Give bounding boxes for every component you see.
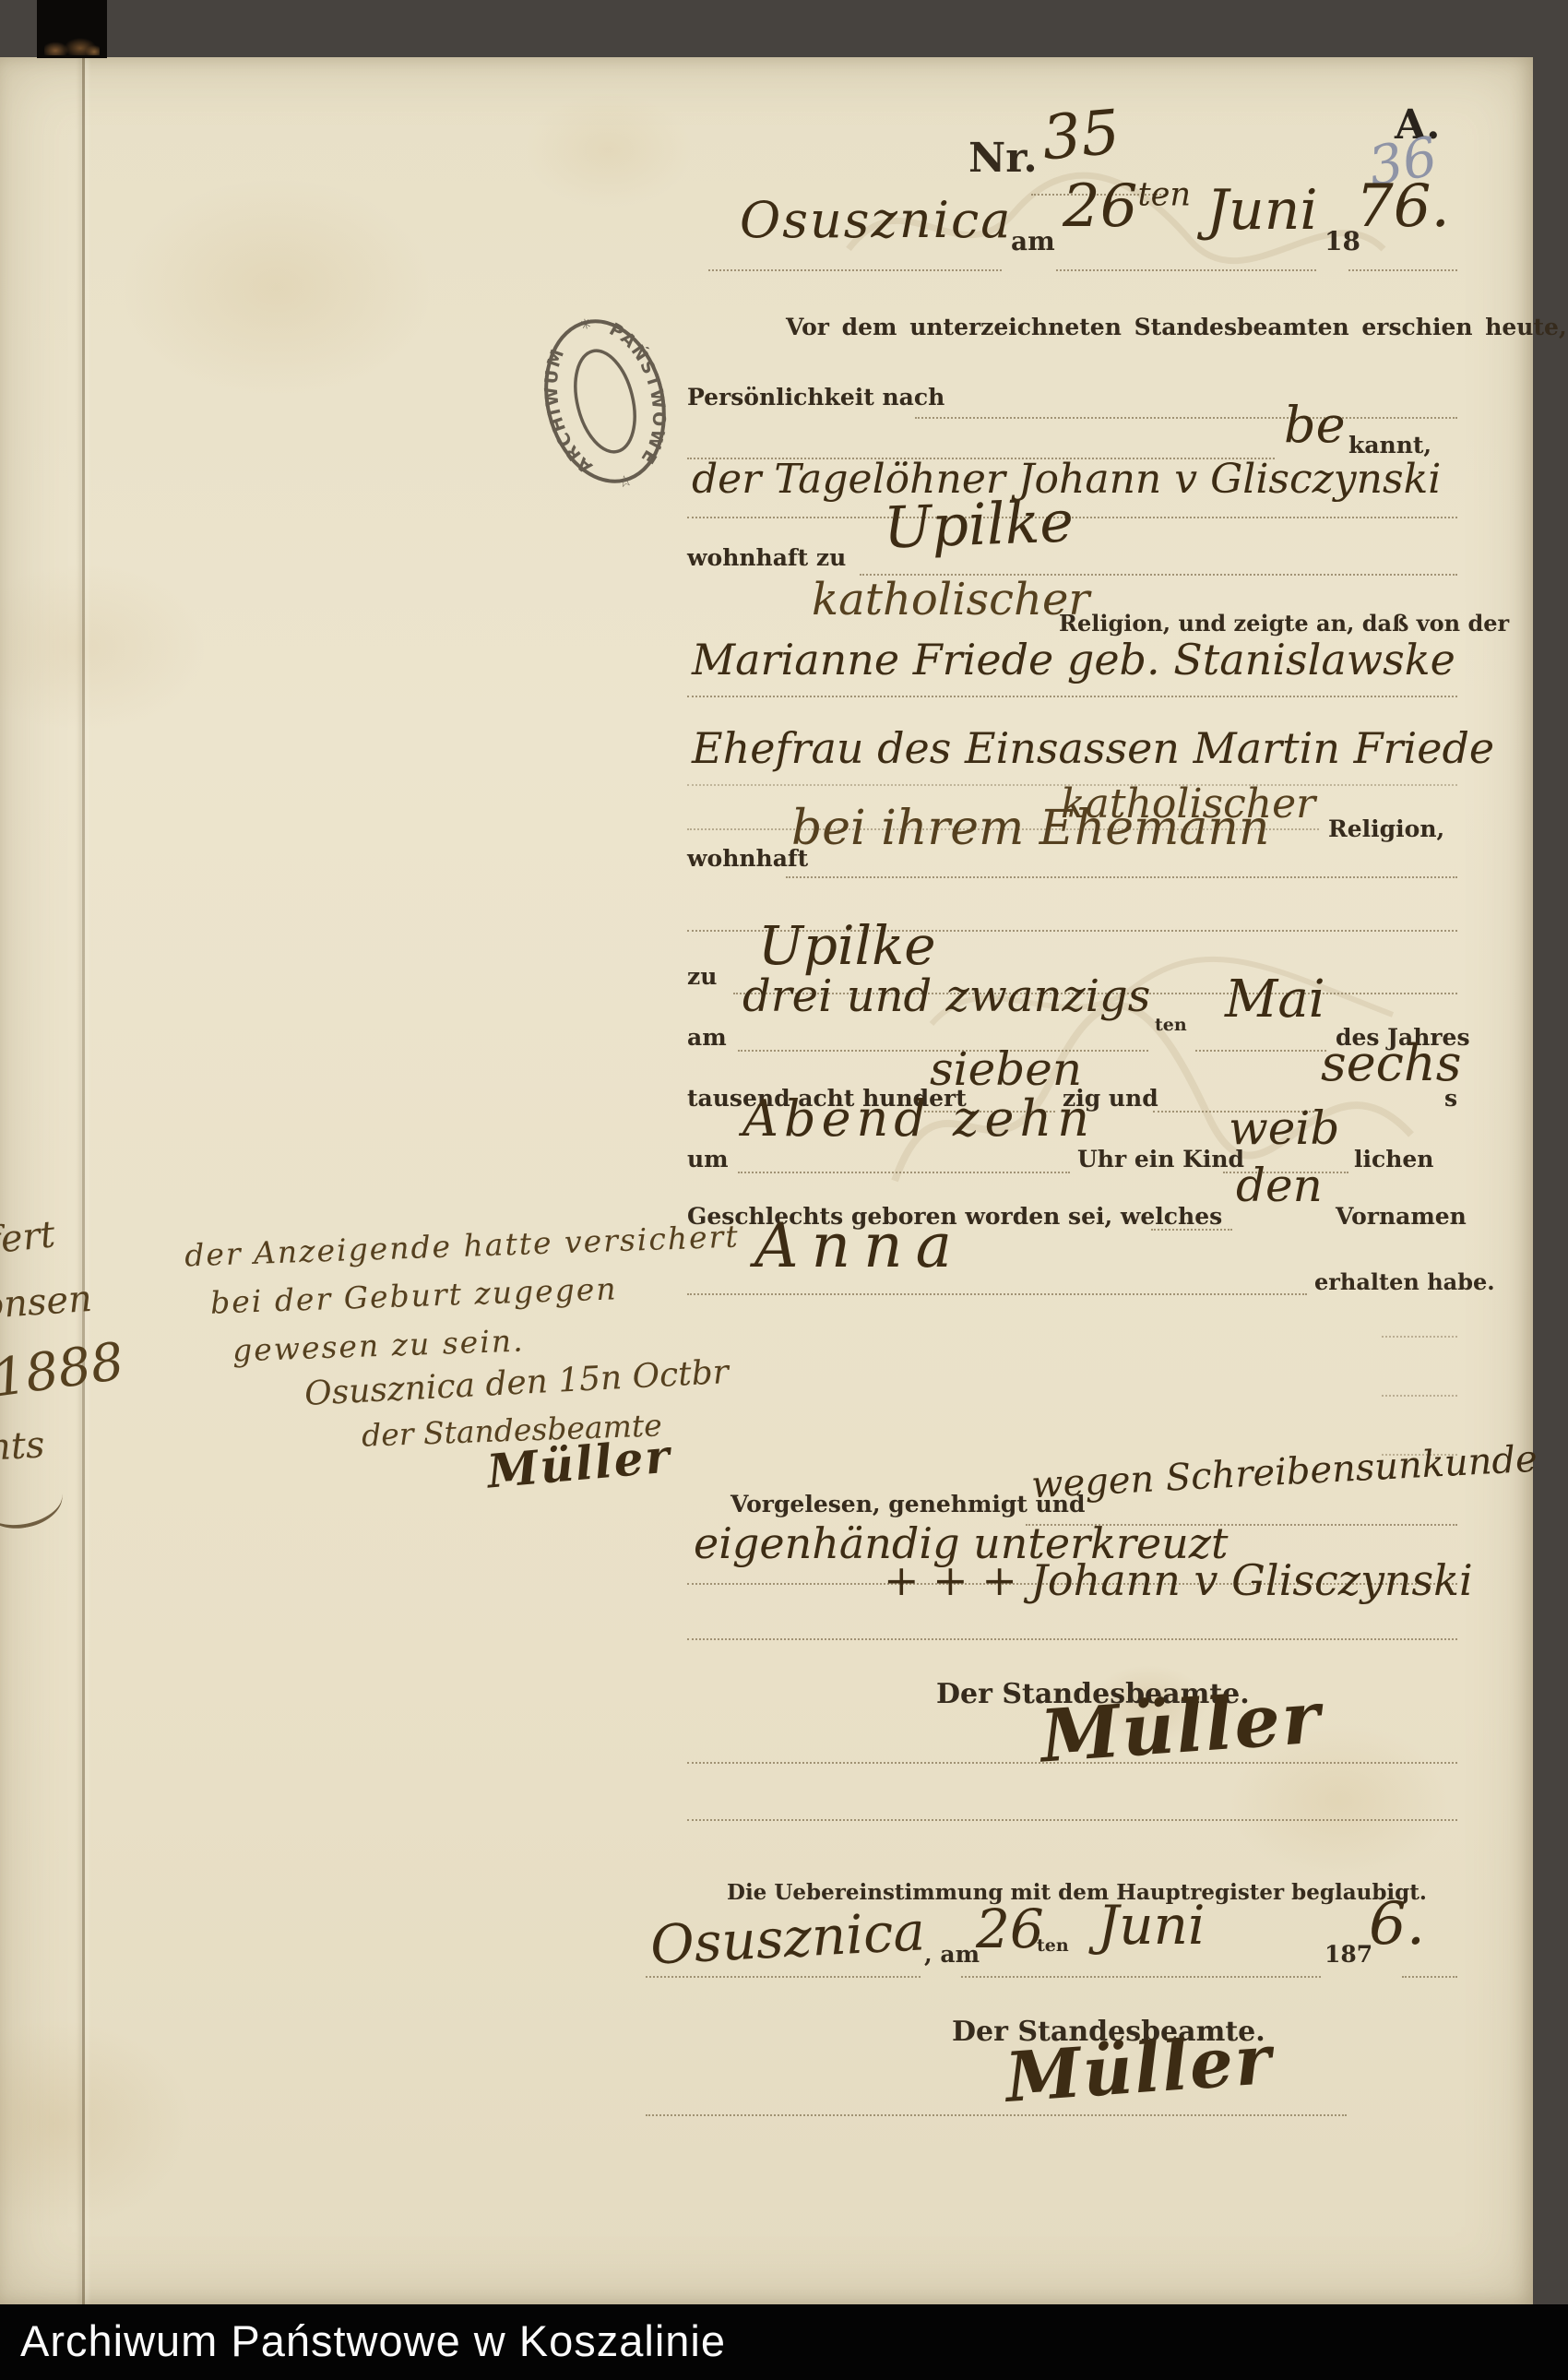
certification-place: Osusznica (649, 1904, 927, 1972)
day-number: 26 (1063, 173, 1137, 241)
certification-day: 26 (976, 1902, 1044, 1956)
declarant-religion: katholischer (812, 577, 1089, 622)
form-lichen: lichen (1354, 1148, 1433, 1171)
dotted-rule (1382, 1336, 1457, 1338)
form-intro-line2: Persönlichkeit nach (687, 386, 944, 409)
dotted-rule (961, 1976, 1321, 1978)
form-uhr-ein-kind: Uhr ein Kind (1077, 1148, 1244, 1171)
declarant-mark-signature: + + + Johann v Glisczynski (884, 1559, 1473, 1601)
mother-residence: bei ihrem Ehemann (791, 804, 1269, 852)
form-intro-line1: Vor dem unterzeichneten Standesbeamten e… (786, 315, 1568, 339)
form-kannt: kannt, (1348, 434, 1431, 457)
registry-place: Osusznica (740, 196, 1012, 245)
declarant-residence: Upilke (883, 493, 1075, 556)
am-label: am (1011, 229, 1055, 255)
form-um: um (687, 1148, 729, 1171)
document-scan: ARCHIWUM PAŃSTWOWE ✳ ☆ A. 36 Nr. 35 Osus… (0, 0, 1568, 2380)
record-date-day: 26ten (1063, 177, 1191, 236)
form-wohnhaft: wohnhaft (687, 847, 808, 870)
form-vornamen: Vornamen (1336, 1205, 1467, 1228)
hand-be: be (1284, 400, 1346, 450)
dotted-rule (1402, 1976, 1457, 1978)
dotted-rule (646, 2114, 1347, 2116)
dotted-rule (687, 696, 1457, 697)
stamp-star-top-icon: ✳ (578, 315, 594, 334)
dotted-rule (1348, 269, 1457, 271)
record-number-value: 35 (1039, 101, 1122, 169)
dotted-rule (786, 876, 1457, 878)
stub-fragment: fert (0, 1216, 57, 1259)
record-date-month: Juni (1206, 183, 1318, 238)
dotted-rule (687, 1762, 1457, 1764)
year-written: 76. (1356, 177, 1450, 236)
margin-note-line-3: gewesen zu sein. (232, 1325, 525, 1365)
certification-month: Juni (1098, 1898, 1206, 1952)
form-erhalten-habe: erhalten habe. (1314, 1271, 1495, 1293)
dotted-rule (708, 269, 1002, 271)
form-ten: ten (1155, 1017, 1187, 1034)
dotted-rule (687, 1293, 1307, 1295)
birth-day: drei und zwanzigs (742, 974, 1150, 1018)
form-religion-zeigte-an: Religion, und zeigte an, daß von der (1059, 613, 1509, 635)
certification-line: Die Uebereinstimmung mit dem Hauptregist… (727, 1882, 1427, 1903)
mother-husband-line: Ehefrau des Einsassen Martin Friede (692, 727, 1494, 769)
birth-year-ones: sechs (1321, 1039, 1461, 1089)
dotted-rule (915, 417, 1457, 419)
page-fold-line (82, 57, 85, 2304)
form-s: s (1444, 1087, 1457, 1110)
registrar-signature: Müller (1039, 1682, 1324, 1773)
stub-fragment: nts (0, 1426, 45, 1466)
certification-registrar-signature: Müller (1004, 2026, 1275, 2112)
birth-year-tens: sieben (930, 1046, 1082, 1092)
mother-name: Marianne Friede geb. Stanislawske (692, 638, 1455, 681)
torn-paper-edge (44, 31, 100, 55)
form-wohnhaft-zu: wohnhaft zu (687, 546, 846, 569)
dotted-rule (687, 1638, 1457, 1640)
dotted-rule (646, 1976, 921, 1978)
birth-month: Mai (1225, 974, 1325, 1026)
child-name: Anna (754, 1216, 965, 1277)
certification-year-printed: 187 (1324, 1943, 1372, 1966)
child-sex: weib (1229, 1105, 1339, 1151)
form-am: am (687, 1026, 727, 1049)
certification-year-written: 6. (1369, 1895, 1425, 1954)
day-suffix: ten (1137, 176, 1191, 214)
certification-ten: ten (1037, 1937, 1069, 1955)
birth-place: Upilke (758, 919, 936, 972)
dotted-rule (687, 1819, 1457, 1821)
form-religion2: Religion, (1328, 817, 1444, 840)
stub-fragment: onsen (0, 1280, 93, 1325)
birth-time: Abend zehn (742, 1094, 1095, 1144)
dotted-rule (1056, 269, 1316, 271)
form-zu: zu (687, 965, 717, 988)
dotted-rule (1151, 1229, 1232, 1231)
dotted-rule (1195, 1050, 1326, 1052)
hand-den: den (1236, 1162, 1323, 1208)
dotted-rule (738, 1172, 1070, 1173)
dotted-rule (1382, 1395, 1457, 1397)
stamp-inner-ring (565, 344, 644, 458)
archive-watermark: Archiwum Państwowe w Koszalinie (20, 2315, 726, 2366)
record-number-label: Nr. (968, 138, 1038, 179)
certification-am: , am (924, 1943, 980, 1966)
